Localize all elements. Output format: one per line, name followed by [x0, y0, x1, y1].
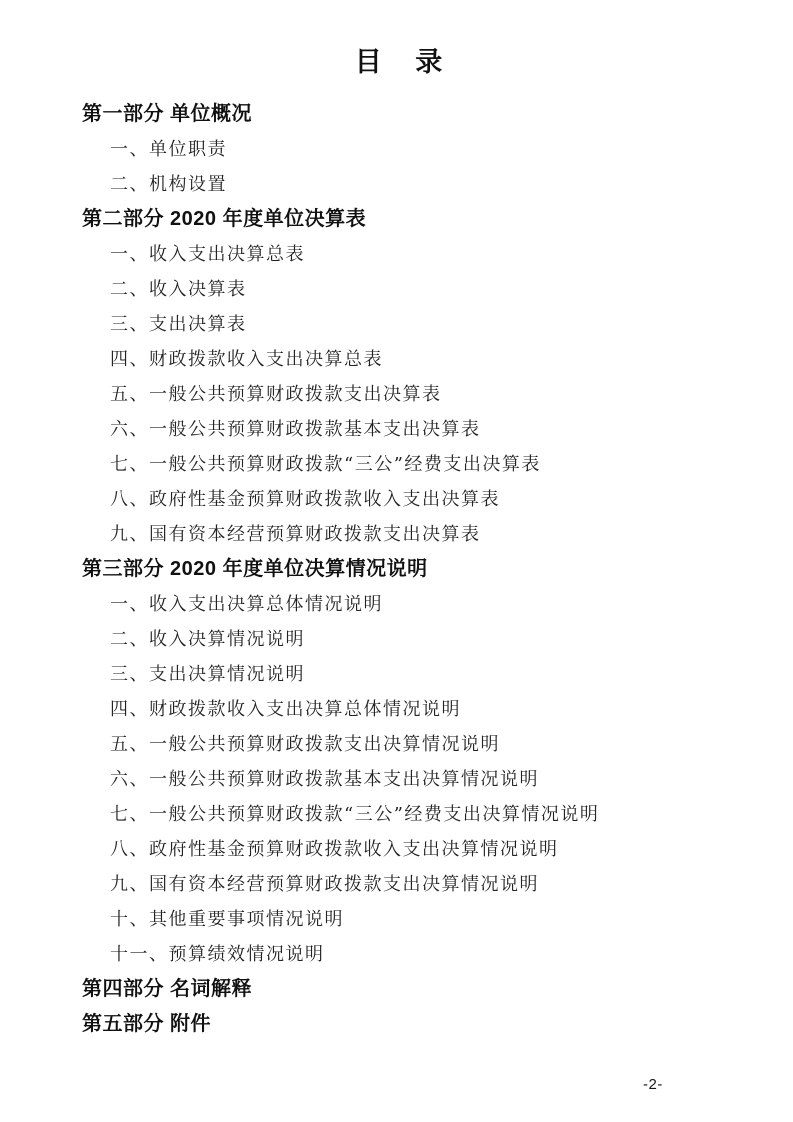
toc-item: 十、其他重要事项情况说明	[110, 902, 715, 937]
toc-item: 七、一般公共预算财政拨款“三公”经费支出决算情况说明	[110, 797, 715, 832]
toc-list: 第一部分 单位概况一、单位职责二、机构设置第二部分 2020 年度单位决算表一、…	[82, 97, 715, 1042]
toc-section-heading: 第一部分 单位概况	[82, 97, 715, 132]
toc-item: 三、支出决算表	[110, 307, 715, 342]
toc-item: 二、收入决算表	[110, 272, 715, 307]
toc-item: 九、国有资本经营预算财政拨款支出决算表	[110, 517, 715, 552]
toc-item: 三、支出决算情况说明	[110, 657, 715, 692]
toc-item: 四、财政拨款收入支出决算总体情况说明	[110, 692, 715, 727]
toc-item: 五、一般公共预算财政拨款支出决算表	[110, 377, 715, 412]
toc-item: 二、收入决算情况说明	[110, 622, 715, 657]
toc-item: 九、国有资本经营预算财政拨款支出决算情况说明	[110, 867, 715, 902]
toc-section-heading: 第二部分 2020 年度单位决算表	[82, 202, 715, 237]
toc-section-heading: 第三部分 2020 年度单位决算情况说明	[82, 552, 715, 587]
toc-item: 二、机构设置	[110, 167, 715, 202]
toc-item: 五、一般公共预算财政拨款支出决算情况说明	[110, 727, 715, 762]
toc-item: 一、收入支出决算总表	[110, 237, 715, 272]
page-number: -2-	[643, 1076, 663, 1093]
toc-item: 八、政府性基金预算财政拨款收入支出决算表	[110, 482, 715, 517]
toc-item: 八、政府性基金预算财政拨款收入支出决算情况说明	[110, 832, 715, 867]
toc-item: 十一、预算绩效情况说明	[110, 937, 715, 972]
toc-item: 六、一般公共预算财政拨款基本支出决算情况说明	[110, 762, 715, 797]
toc-item: 一、收入支出决算总体情况说明	[110, 587, 715, 622]
toc-item: 六、一般公共预算财政拨款基本支出决算表	[110, 412, 715, 447]
page-title: 目 录	[82, 40, 715, 79]
toc-section-heading: 第五部分 附件	[82, 1007, 715, 1042]
toc-item: 四、财政拨款收入支出决算总表	[110, 342, 715, 377]
toc-item: 七、一般公共预算财政拨款“三公”经费支出决算表	[110, 447, 715, 482]
toc-item: 一、单位职责	[110, 132, 715, 167]
toc-section-heading: 第四部分 名词解释	[82, 972, 715, 1007]
document-page: 目 录 第一部分 单位概况一、单位职责二、机构设置第二部分 2020 年度单位决…	[0, 0, 793, 1122]
